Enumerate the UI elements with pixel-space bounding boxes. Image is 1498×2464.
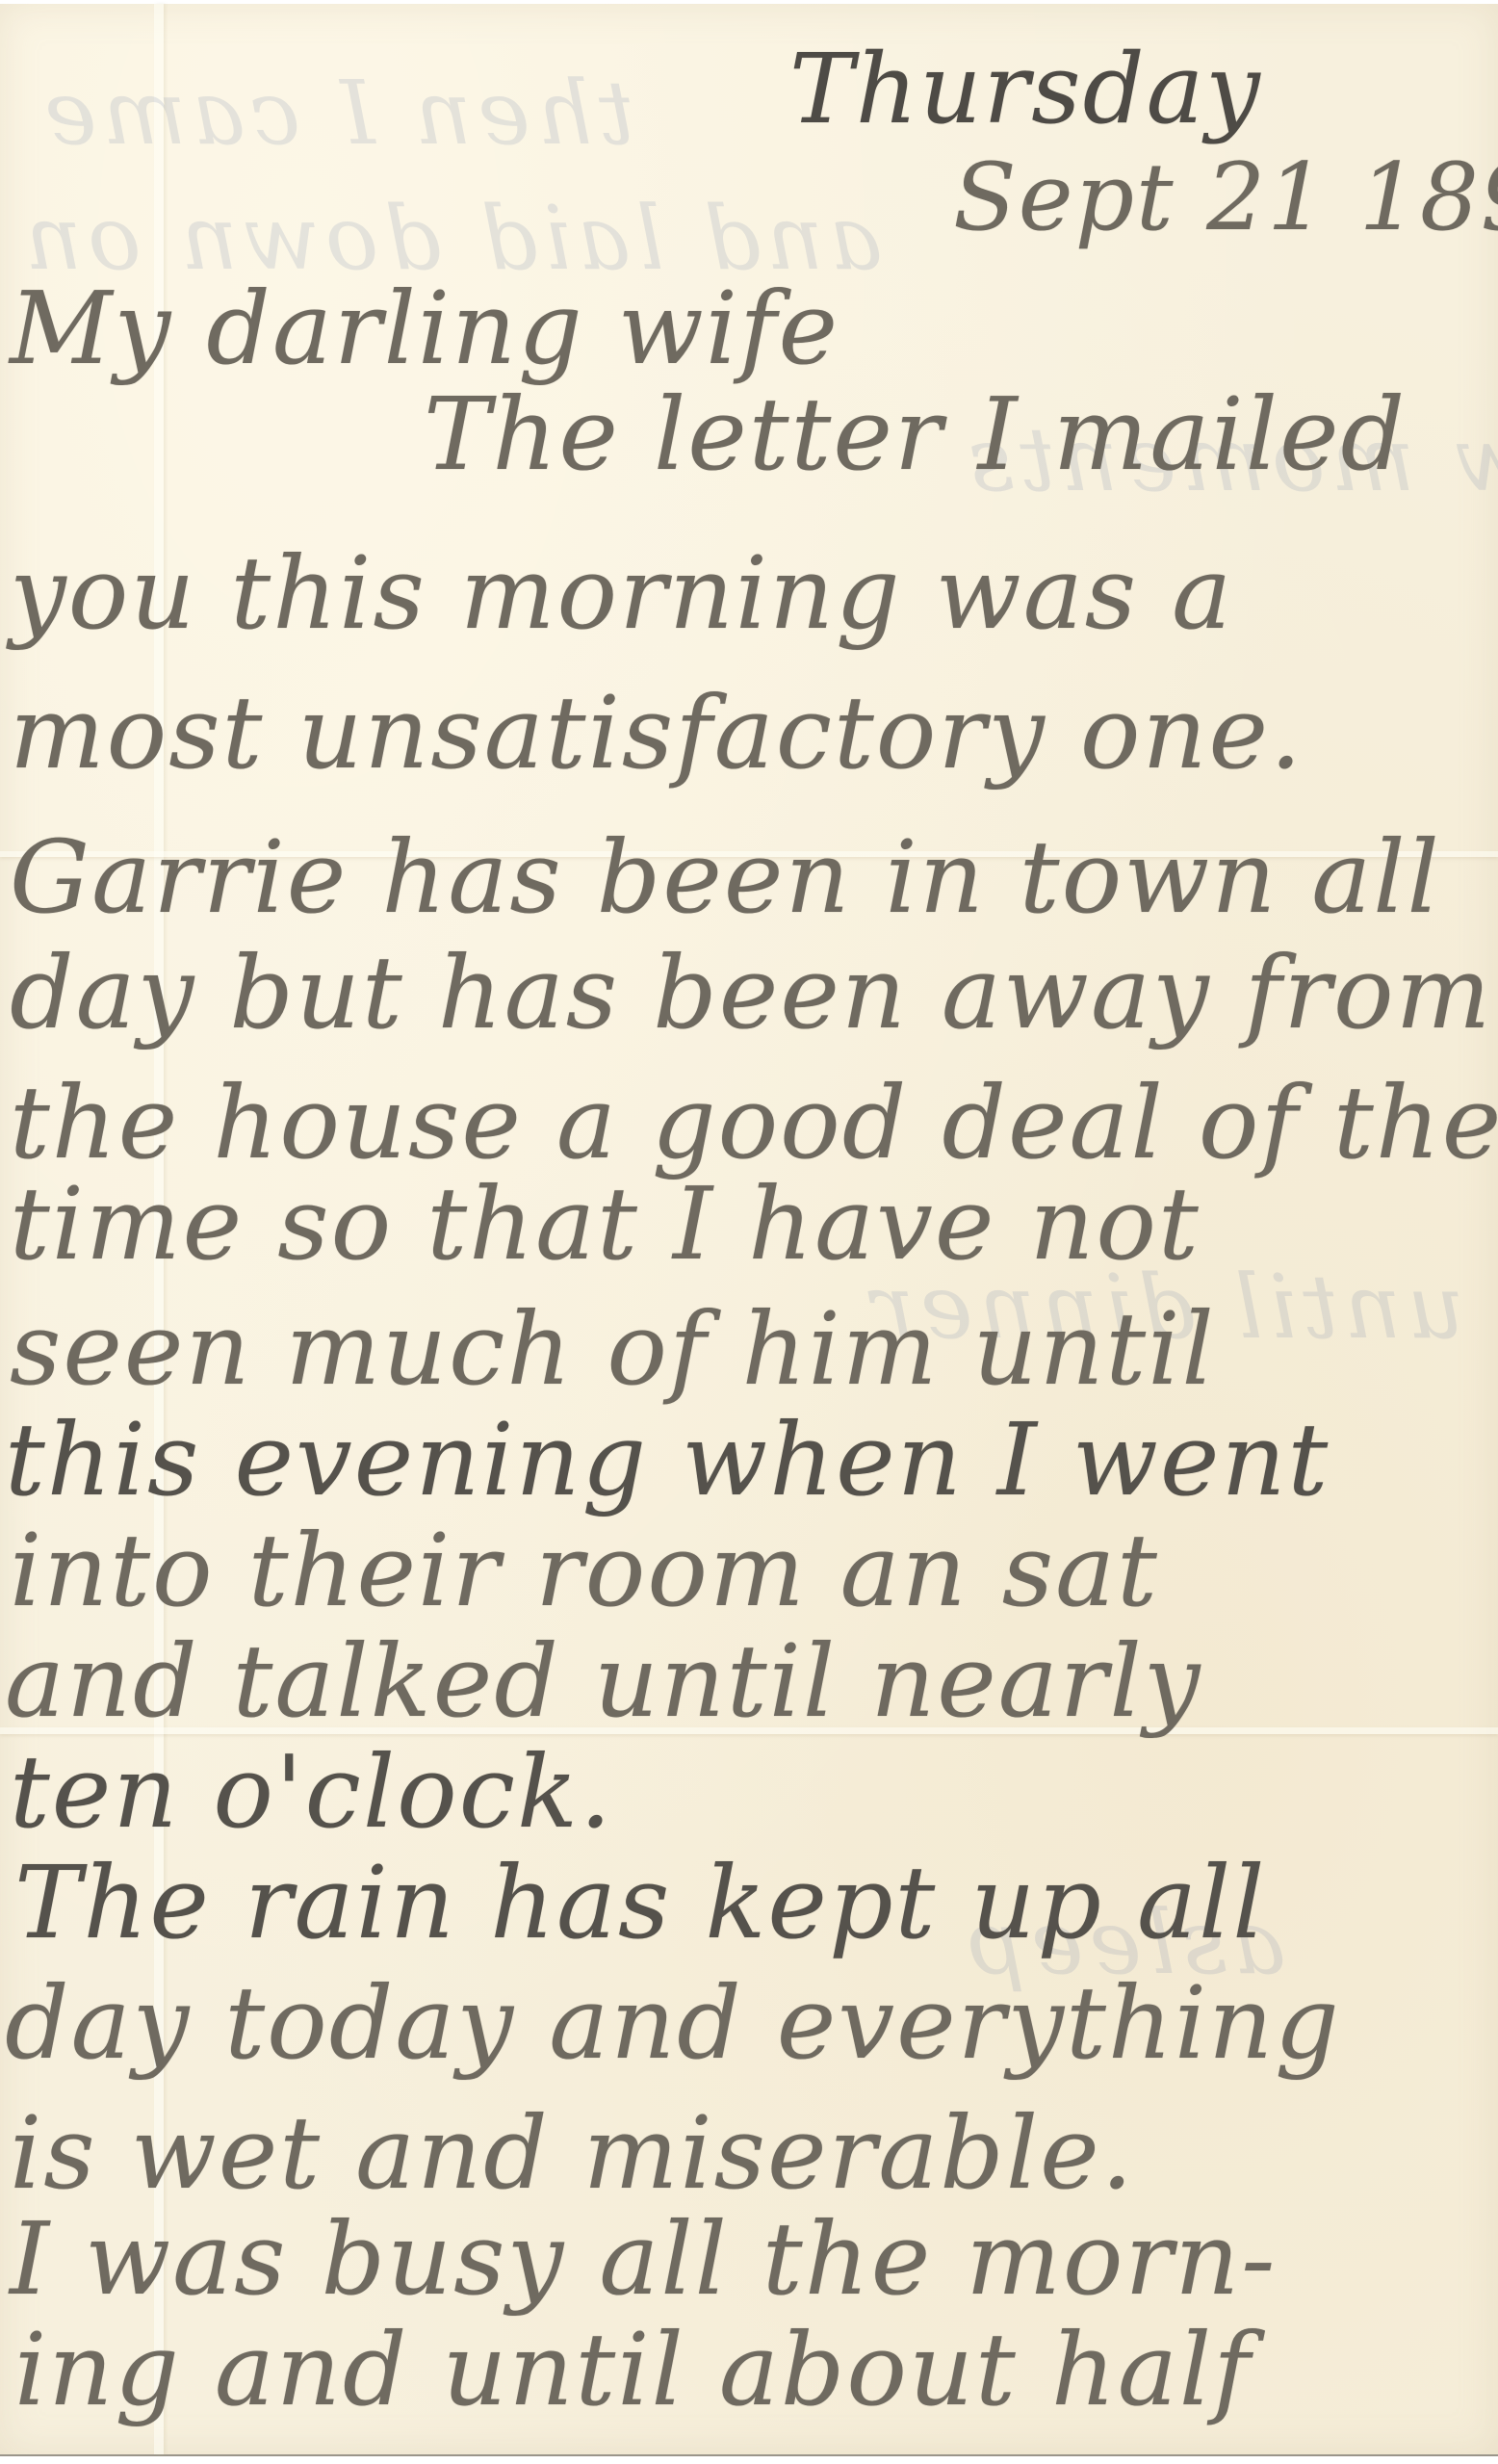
body-line: I was busy all the morn- <box>10 2209 1277 2309</box>
letter-page: then I came and laid down on the bed a f… <box>0 4 1498 2456</box>
body-line: day but has been away from <box>10 943 1492 1043</box>
body-line: most unsatisfactory one. <box>10 683 1304 783</box>
body-line: the house a good deal of the <box>10 1073 1498 1173</box>
salutation: My darling wife <box>10 278 839 378</box>
body-line: The rain has kept up all <box>14 1853 1267 1953</box>
body-line: and talked until nearly <box>5 1631 1201 1731</box>
body-line: is wet and miserable. <box>10 2103 1135 2203</box>
letter-day: Thursday <box>789 33 1262 145</box>
body-line: ing and until about half <box>14 2320 1253 2420</box>
body-line: day today and everything <box>5 1973 1341 2073</box>
body-line: The letter I mailed <box>424 384 1407 484</box>
bleed-through-line: then I came <box>39 62 634 165</box>
body-line: into their room an sat <box>10 1520 1159 1621</box>
body-line: ten o'clock. <box>10 1742 613 1842</box>
body-line: this evening when I went <box>5 1410 1330 1510</box>
body-line: Garrie has been in town all <box>10 827 1441 927</box>
letter-date: Sept 21 1899 <box>953 143 1498 251</box>
body-line: seen much of him until <box>10 1299 1216 1399</box>
body-line: you this morning was a <box>10 543 1233 643</box>
body-line: time so that I have not <box>10 1174 1201 1274</box>
